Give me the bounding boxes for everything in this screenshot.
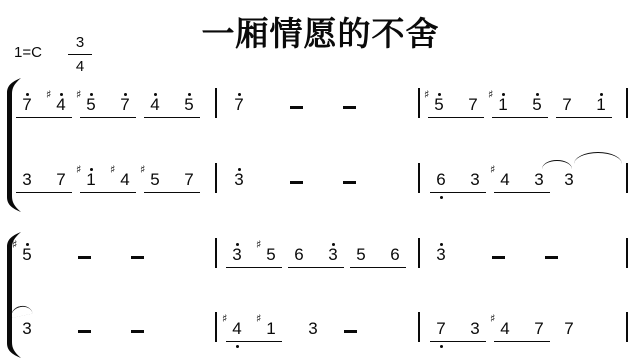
note-digit: 7 <box>561 95 573 115</box>
note-cell: 7 <box>119 95 131 115</box>
note-digit: 7 <box>21 95 33 115</box>
dash-note <box>290 106 303 109</box>
time-signature-numerator: 3 <box>68 32 92 55</box>
measure: 3 <box>430 238 558 268</box>
dash-note <box>344 330 357 333</box>
note-cell: 3 <box>327 245 339 265</box>
sharp-icon: ♯ <box>12 239 17 250</box>
note-digit: 5 <box>433 95 445 115</box>
note-single: 5♯ <box>16 245 38 268</box>
octave-dot-above <box>90 168 93 171</box>
note-cell: 4 <box>149 95 161 115</box>
beam-group: 5♯7 <box>80 95 136 118</box>
beam-group: 37 <box>16 170 72 193</box>
octave-dot-below <box>440 345 443 348</box>
beam-group: 35♯ <box>226 245 282 268</box>
beam-group: 1♯4♯ <box>80 170 136 193</box>
note-cell: 4♯ <box>499 170 511 190</box>
note-single: 7 <box>558 319 580 342</box>
octave-dot-above <box>238 168 241 171</box>
note-cell: 3 <box>231 245 243 265</box>
note-cell: 3 <box>533 170 545 190</box>
sharp-icon: ♯ <box>490 313 495 324</box>
note-digit: 5 <box>149 170 161 190</box>
barline <box>215 238 217 268</box>
note-cell: 3 <box>469 319 481 339</box>
beam-group: 45 <box>144 95 200 118</box>
note-digit: 5 <box>85 95 97 115</box>
dash-note <box>78 256 91 259</box>
octave-dot-above <box>438 93 441 96</box>
measure: 4♯1♯3 <box>226 312 357 342</box>
beam-group: 4♯1♯ <box>226 319 282 342</box>
tie-arc <box>542 160 572 169</box>
note-digit: 1 <box>497 95 509 115</box>
octave-dot-above <box>502 93 505 96</box>
note-cell: 4♯ <box>499 319 511 339</box>
notation-row-lower: 34♯1♯3734♯77 <box>0 312 641 342</box>
octave-dot-above <box>60 93 63 96</box>
note-cell: 5♯ <box>433 95 445 115</box>
barline <box>418 312 420 342</box>
note-cell: 7 <box>533 319 545 339</box>
note-cell: 5♯ <box>149 170 161 190</box>
note-cell: 3 <box>563 170 575 190</box>
barline <box>418 163 420 193</box>
note-digit: 4 <box>499 319 511 339</box>
note-digit: 3 <box>469 319 481 339</box>
octave-dot-above <box>188 93 191 96</box>
note-cell: 4♯ <box>55 95 67 115</box>
dash-note <box>343 181 356 184</box>
measure: 3 <box>228 163 356 193</box>
sharp-icon: ♯ <box>256 239 261 250</box>
note-single: 7 <box>228 95 250 118</box>
note-cell: 4♯ <box>119 170 131 190</box>
measure: 5♯71♯571 <box>428 88 612 118</box>
note-cell: 6 <box>293 245 305 265</box>
beam-group: 4♯3 <box>494 170 550 193</box>
note-cell: 3 <box>469 170 481 190</box>
note-cell: 4♯ <box>231 319 243 339</box>
note-digit: 5 <box>265 245 277 265</box>
note-cell: 5 <box>531 95 543 115</box>
note-single: 3 <box>16 319 38 342</box>
notation-row-upper: 74♯5♯74575♯71♯571 <box>0 88 641 118</box>
note-cell: 5 <box>355 245 367 265</box>
note-digit: 1 <box>595 95 607 115</box>
note-digit: 1 <box>85 170 97 190</box>
note-cell: 5♯ <box>265 245 277 265</box>
note-digit: 7 <box>119 95 131 115</box>
beam-group: 5♯7 <box>144 170 200 193</box>
note-digit: 6 <box>435 170 447 190</box>
note-cell: 7 <box>21 95 33 115</box>
note-digit: 4 <box>231 319 243 339</box>
barline <box>626 238 628 268</box>
sharp-icon: ♯ <box>110 164 115 175</box>
note-digit: 4 <box>149 95 161 115</box>
octave-dot-below <box>440 196 443 199</box>
beam-group: 1♯5 <box>492 95 548 118</box>
note-digit: 5 <box>355 245 367 265</box>
note-digit: 3 <box>21 170 33 190</box>
score-sheet: 一厢情愿的不舍 1=C 3 4 74♯5♯74575♯71♯571371♯4♯5… <box>0 0 641 361</box>
octave-dot-above <box>124 93 127 96</box>
note-cell: 1♯ <box>265 319 277 339</box>
measure: 74♯5♯745 <box>16 88 200 118</box>
barline <box>626 88 628 118</box>
octave-dot-above <box>238 93 241 96</box>
note-cell: 5♯ <box>85 95 97 115</box>
note-digit: 7 <box>233 95 245 115</box>
octave-dot-above <box>536 93 539 96</box>
time-signature: 3 4 <box>68 32 92 74</box>
note-cell: 6 <box>435 170 447 190</box>
note-cell: 1♯ <box>85 170 97 190</box>
sharp-icon: ♯ <box>76 89 81 100</box>
note-single: 3 <box>558 170 580 193</box>
octave-dot-above <box>26 93 29 96</box>
beam-group: 71 <box>556 95 612 118</box>
note-cell: 7 <box>563 319 575 339</box>
note-digit: 6 <box>293 245 305 265</box>
key-signature: 1=C <box>14 44 42 61</box>
barline <box>626 312 628 342</box>
note-digit: 3 <box>469 170 481 190</box>
beam-group: 74♯ <box>16 95 72 118</box>
beam-group: 4♯7 <box>494 319 550 342</box>
sharp-icon: ♯ <box>222 313 227 324</box>
barline <box>418 238 420 268</box>
octave-dot-above <box>440 243 443 246</box>
barline <box>626 163 628 193</box>
note-digit: 7 <box>435 319 447 339</box>
note-digit: 4 <box>55 95 67 115</box>
note-cell: 1 <box>595 95 607 115</box>
note-single: 3 <box>302 319 324 342</box>
barline <box>215 312 217 342</box>
measure: 371♯4♯5♯7 <box>16 163 200 193</box>
note-cell: 5♯ <box>21 245 33 265</box>
note-cell: 6 <box>389 245 401 265</box>
measure: 35♯6356 <box>226 238 406 268</box>
note-cell: 7 <box>183 170 195 190</box>
note-digit: 3 <box>563 170 575 190</box>
measure: 5♯ <box>16 238 144 268</box>
measure: 734♯77 <box>430 312 580 342</box>
sharp-icon: ♯ <box>76 164 81 175</box>
sharp-icon: ♯ <box>140 164 145 175</box>
sharp-icon: ♯ <box>490 164 495 175</box>
sharp-icon: ♯ <box>488 89 493 100</box>
note-cell: 3 <box>233 170 245 190</box>
note-digit: 7 <box>533 319 545 339</box>
note-digit: 6 <box>389 245 401 265</box>
tie-arc <box>574 152 622 164</box>
dash-note <box>343 106 356 109</box>
note-cell: 3 <box>21 319 33 339</box>
time-signature-denominator: 4 <box>68 55 92 74</box>
note-digit: 7 <box>183 170 195 190</box>
dash-note <box>131 330 144 333</box>
octave-dot-above <box>26 243 29 246</box>
note-single: 3 <box>430 245 452 268</box>
note-digit: 5 <box>183 95 195 115</box>
note-single: 3 <box>228 170 250 193</box>
octave-dot-above <box>600 93 603 96</box>
beam-group: 73 <box>430 319 486 342</box>
measure: 3 <box>16 312 144 342</box>
dash-note <box>290 181 303 184</box>
note-cell: 1♯ <box>497 95 509 115</box>
dash-note <box>545 256 558 259</box>
note-digit: 1 <box>265 319 277 339</box>
note-cell: 3 <box>21 170 33 190</box>
note-digit: 5 <box>21 245 33 265</box>
sharp-icon: ♯ <box>256 313 261 324</box>
note-digit: 4 <box>499 170 511 190</box>
note-cell: 7 <box>233 95 245 115</box>
notation-row-upper: 5♯35♯63563 <box>0 238 641 268</box>
beam-group: 63 <box>430 170 486 193</box>
octave-dot-above <box>154 93 157 96</box>
beam-group: 63 <box>288 245 344 268</box>
measure: 7 <box>228 88 356 118</box>
note-digit: 3 <box>21 319 33 339</box>
note-cell: 5 <box>183 95 195 115</box>
note-digit: 7 <box>467 95 479 115</box>
octave-dot-above <box>236 243 239 246</box>
note-digit: 3 <box>307 319 319 339</box>
barline <box>215 163 217 193</box>
beam-group: 56 <box>350 245 406 268</box>
octave-dot-below <box>236 345 239 348</box>
note-cell: 7 <box>467 95 479 115</box>
note-cell: 7 <box>435 319 447 339</box>
dash-note <box>492 256 505 259</box>
note-digit: 7 <box>55 170 67 190</box>
note-cell: 3 <box>435 245 447 265</box>
note-digit: 3 <box>233 170 245 190</box>
song-title: 一厢情愿的不舍 <box>0 8 641 55</box>
note-cell: 3 <box>307 319 319 339</box>
sharp-icon: ♯ <box>46 89 51 100</box>
note-digit: 3 <box>231 245 243 265</box>
beam-group: 5♯7 <box>428 95 484 118</box>
note-digit: 5 <box>531 95 543 115</box>
sharp-icon: ♯ <box>424 89 429 100</box>
dash-note <box>78 330 91 333</box>
note-digit: 7 <box>563 319 575 339</box>
octave-dot-above <box>332 243 335 246</box>
note-digit: 3 <box>327 245 339 265</box>
note-cell: 7 <box>561 95 573 115</box>
barline <box>215 88 217 118</box>
barline <box>418 88 420 118</box>
octave-dot-above <box>90 93 93 96</box>
note-digit: 3 <box>435 245 447 265</box>
dash-note <box>131 256 144 259</box>
note-digit: 3 <box>533 170 545 190</box>
note-digit: 4 <box>119 170 131 190</box>
note-cell: 7 <box>55 170 67 190</box>
